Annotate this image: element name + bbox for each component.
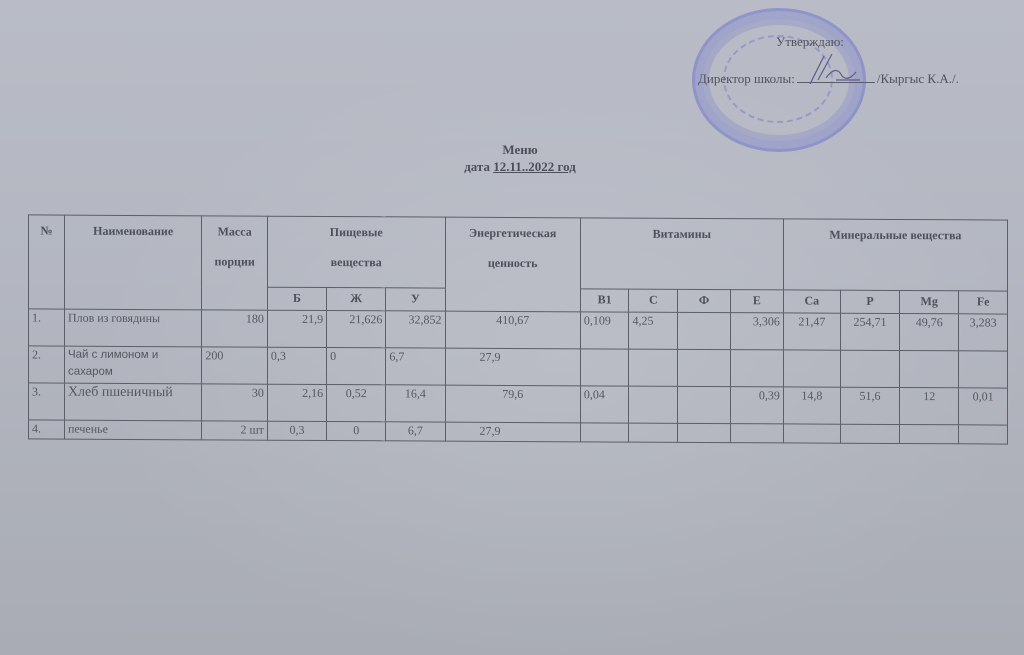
- cell-fe: [959, 425, 1008, 444]
- col-ca: Ca: [783, 290, 840, 313]
- cell-b1: [580, 349, 629, 386]
- cell-protein: 0,3: [267, 421, 326, 440]
- cell-p: [840, 350, 899, 387]
- col-mg: Mg: [900, 290, 959, 313]
- header-row-main: № Наименование Масса порции Пищевые веще…: [29, 215, 1008, 291]
- cell-carbs: 6,7: [386, 348, 445, 385]
- col-protein: Б: [267, 287, 326, 310]
- cell-p: 254,71: [840, 313, 899, 350]
- col-vitamins: Витамины: [580, 218, 783, 290]
- cell-name: Плов из говядины: [64, 309, 201, 347]
- col-b1: B1: [580, 289, 629, 312]
- col-fe: Fe: [959, 291, 1008, 314]
- cell-e: 3,306: [730, 313, 783, 350]
- cell-fat: 0,52: [327, 384, 386, 421]
- cell-f: [678, 386, 731, 423]
- table-row: 4. печенье 2 шт 0,3 0 6,7 27,9: [29, 420, 1008, 444]
- cell-no: 1.: [29, 309, 65, 346]
- cell-mass: 2 шт: [202, 421, 268, 440]
- cell-mass: 30: [202, 384, 268, 421]
- cell-f: [678, 312, 731, 349]
- document-title: Меню: [400, 142, 640, 158]
- cell-name: Хлеб пшеничный: [64, 383, 201, 421]
- col-carbs: У: [386, 288, 445, 311]
- col-minerals: Минеральные вещества: [783, 219, 1007, 291]
- cell-fat: 0: [327, 421, 386, 440]
- col-f: Ф: [678, 289, 731, 312]
- cell-c: 4,25: [629, 312, 678, 349]
- col-e: E: [730, 290, 783, 313]
- cell-energy: 27,9: [445, 422, 580, 442]
- cell-f: [678, 423, 731, 442]
- cell-protein: 2,16: [267, 384, 326, 421]
- cell-ca: [783, 350, 840, 387]
- cell-e: [730, 424, 783, 443]
- col-nutrients: Пищевые вещества: [267, 216, 445, 288]
- cell-fat: 21,626: [327, 310, 386, 347]
- cell-mass: 200: [202, 347, 268, 384]
- cell-energy: 410,67: [445, 311, 580, 349]
- cell-e: 0,39: [730, 387, 783, 424]
- cell-mg: [900, 350, 959, 387]
- signature-scribble: [806, 50, 864, 90]
- date-value: 12.11..2022 год: [493, 159, 576, 174]
- cell-c: [629, 386, 678, 423]
- cell-energy: 27,9: [445, 348, 580, 386]
- cell-mg: 12: [900, 387, 959, 424]
- cell-mg: [900, 424, 959, 443]
- cell-ca: 21,47: [783, 313, 840, 350]
- table-row: 3. Хлеб пшеничный 30 2,16 0,52 16,4 79,6…: [29, 383, 1008, 425]
- col-mass: Масса порции: [202, 216, 268, 310]
- col-p: P: [840, 290, 899, 313]
- cell-fe: [959, 351, 1008, 388]
- col-no: №: [29, 215, 65, 309]
- cell-c: [629, 349, 678, 386]
- approval-label: Утверждаю:: [776, 34, 844, 50]
- cell-c: [629, 423, 678, 442]
- cell-p: 51,6: [840, 387, 899, 424]
- cell-f: [678, 349, 731, 386]
- table-row: 2. Чай с лимоном и сахаром 200 0,3 0 6,7…: [29, 346, 1008, 388]
- col-energy: Энергетическая ценность: [445, 217, 580, 312]
- date-prefix: дата: [464, 159, 490, 174]
- cell-b1: [580, 423, 629, 442]
- cell-ca: [783, 424, 840, 443]
- cell-p: [840, 424, 899, 443]
- col-c: C: [629, 289, 678, 312]
- cell-name: Чай с лимоном и сахаром: [64, 346, 201, 384]
- cell-protein: 0,3: [267, 347, 326, 384]
- cell-no: 2.: [29, 346, 65, 383]
- document-date: дата 12.11..2022 год: [400, 159, 640, 175]
- table-row: 1. Плов из говядины 180 21,9 21,626 32,8…: [29, 309, 1008, 351]
- cell-name: печенье: [64, 420, 201, 440]
- cell-energy: 79,6: [445, 385, 580, 423]
- cell-fe: 3,283: [959, 314, 1008, 351]
- cell-mass: 180: [202, 310, 268, 347]
- cell-b1: 0,109: [580, 312, 629, 349]
- cell-carbs: 6,7: [386, 422, 445, 441]
- cell-protein: 21,9: [267, 310, 326, 347]
- document-title-block: Меню дата 12.11..2022 год: [400, 142, 640, 175]
- cell-fe: 0,01: [959, 388, 1008, 425]
- cell-carbs: 16,4: [386, 385, 445, 422]
- cell-no: 4.: [29, 420, 65, 439]
- cell-carbs: 32,852: [386, 311, 445, 348]
- cell-e: [730, 350, 783, 387]
- director-name: /Кыргыс К.А./.: [877, 71, 959, 86]
- director-label: Директор школы:: [698, 71, 795, 86]
- cell-fat: 0: [327, 347, 386, 384]
- cell-no: 3.: [29, 383, 65, 420]
- col-name: Наименование: [64, 215, 201, 310]
- cell-mg: 49,76: [900, 313, 959, 350]
- col-fat: Ж: [327, 287, 386, 310]
- cell-ca: 14,8: [783, 387, 840, 424]
- menu-table: № Наименование Масса порции Пищевые веще…: [28, 214, 1008, 444]
- cell-b1: 0,04: [580, 386, 629, 423]
